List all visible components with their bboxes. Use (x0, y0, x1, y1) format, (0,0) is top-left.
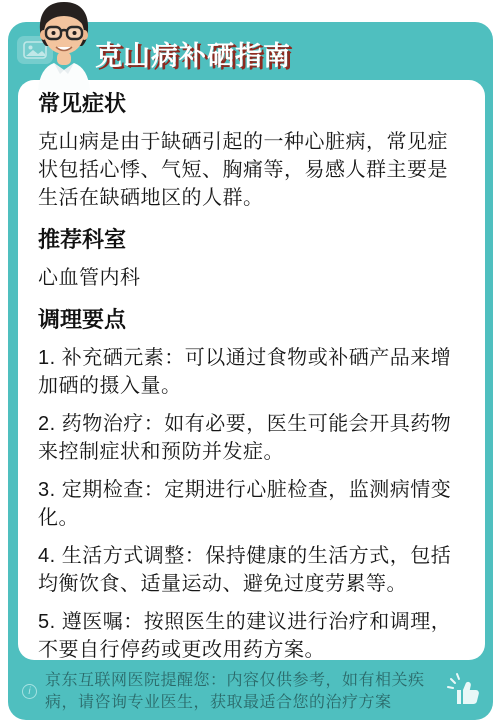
care-item: 3. 定期检查：定期进行心脏检查，监测病情变化。 (38, 476, 465, 532)
footer-disclaimer-bar: i 京东互联网医院提醒您：内容仅供参考，如有相关疾病，请咨询专业医生，获取最适合… (8, 663, 493, 720)
symptoms-text: 克山病是由于缺硒引起的一种心脏病，常见症状包括心悸、气短、胸痛等，易感人群主要是… (38, 128, 465, 212)
disclaimer-text: 京东互联网医院提醒您：内容仅供参考，如有相关疾病，请咨询专业医生，获取最适合您的… (45, 670, 439, 714)
content-card: 常见症状 克山病是由于缺硒引起的一种心脏病，常见症状包括心悸、气短、胸痛等，易感… (18, 80, 485, 660)
symptoms-heading: 常见症状 (38, 90, 465, 118)
doctor-avatar (26, 0, 102, 90)
thumbs-up-icon[interactable] (447, 671, 483, 709)
department-text: 心血管内科 (38, 264, 465, 292)
care-item: 1. 补充硒元素：可以通过食物或补硒产品来增加硒的摄入量。 (38, 344, 465, 400)
care-heading: 调理要点 (38, 306, 465, 334)
info-icon: i (22, 684, 37, 699)
care-item: 2. 药物治疗：如有必要，医生可能会开具药物来控制症状和预防并发症。 (38, 410, 465, 466)
care-item: 5. 遵医嘱：按照医生的建议进行治疗和调理，不要自行停药或更改用药方案。 (38, 608, 465, 660)
page-title: 克山病补硒指南 (95, 34, 291, 73)
department-heading: 推荐科室 (38, 226, 465, 254)
care-item: 4. 生活方式调整：保持健康的生活方式，包括均衡饮食、适量运动、避免过度劳累等。 (38, 542, 465, 598)
